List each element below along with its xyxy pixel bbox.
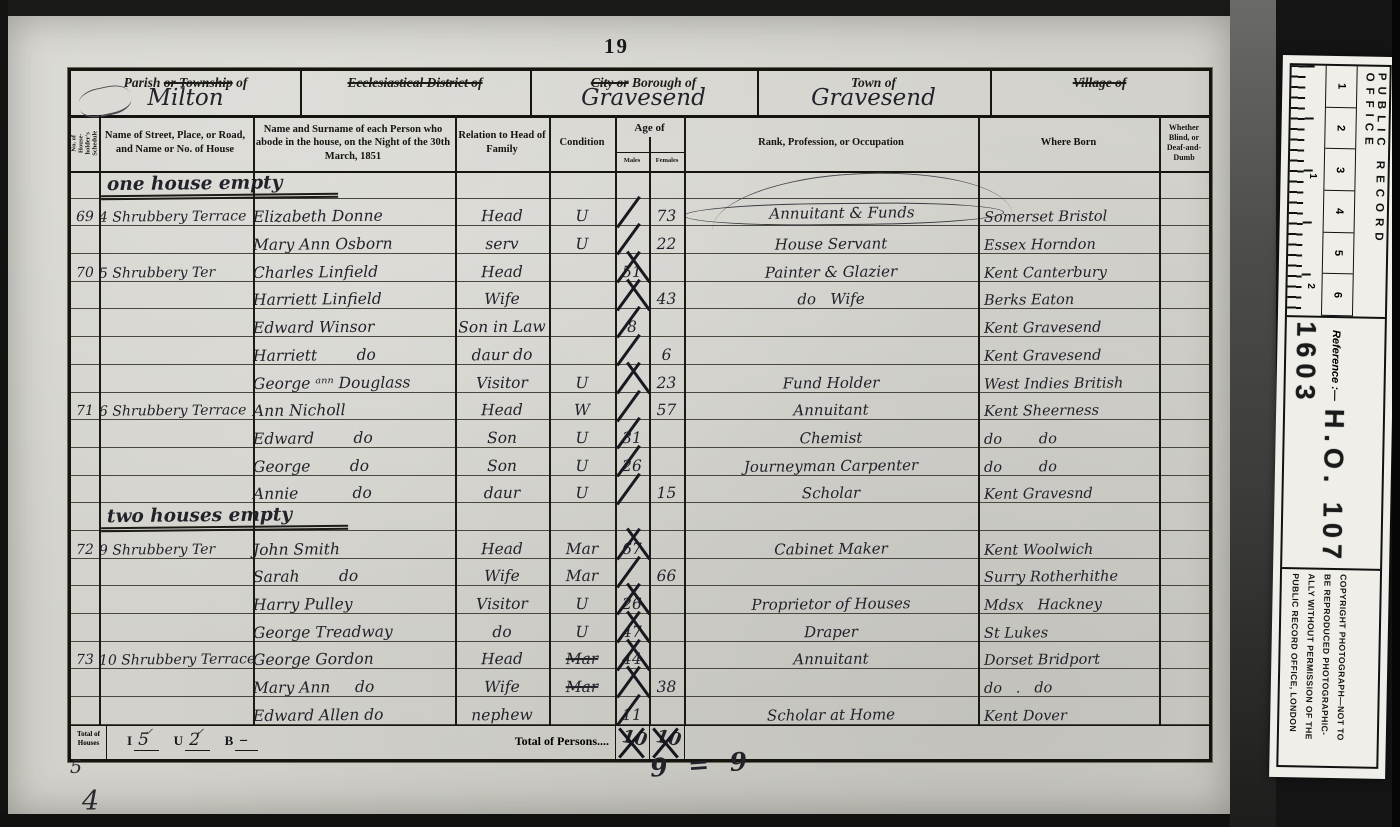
cell-age_f: 6 <box>649 346 684 364</box>
cell-age_f: 57 <box>649 401 684 419</box>
cell-condition: W <box>549 401 615 420</box>
grid-line <box>615 115 617 725</box>
cell-born: Kent Canterbury <box>978 264 1165 282</box>
cell-born: Mdsx Hackney <box>978 596 1165 614</box>
cell-born: Kent Gravesend <box>978 347 1165 365</box>
parish-value: Milton <box>71 85 300 111</box>
cell-name: George do <box>253 456 455 476</box>
cell-name: Mary Ann do <box>253 677 455 697</box>
ruler-cm-label: 1 <box>1326 66 1357 108</box>
cell-born: Kent Gravesend <box>978 319 1165 337</box>
cell-name: Harriett Linfield <box>253 289 455 309</box>
photo-edge-top <box>0 0 1230 16</box>
cell-born: do . do <box>978 679 1165 697</box>
cell-age_f: 73 <box>649 207 684 225</box>
reference-label: Reference :— <box>1329 322 1343 401</box>
photo-edge-bottom <box>0 814 1230 827</box>
cell-condition: Mar <box>549 650 615 669</box>
cell-occupation: Journeyman Carpenter <box>684 455 978 476</box>
census-page: 19 Parish or Township of Milton Ecclesia… <box>8 16 1230 814</box>
cell-street: 4 Shrubbery Terrace <box>99 209 251 227</box>
table-row: George TreadwaydoU47DraperSt Lukes <box>71 614 1209 642</box>
house-note: one house empty <box>101 171 339 199</box>
copyright-notice: COPYRIGHT PHOTOGRAPH—NOT TOBE REPRODUCED… <box>1283 573 1350 760</box>
page-number: 19 <box>604 34 629 59</box>
cell-relation: nephew <box>455 705 549 724</box>
table-row: Mary Ann OsbornservU22House ServantEssex… <box>71 226 1209 254</box>
table-row: 705 Shrubbery TerCharles LinfieldHead51P… <box>71 254 1209 282</box>
film-strip <box>1230 0 1276 827</box>
ruler-inch-label: 2 <box>1305 275 1316 297</box>
table-row: George doSonU26Journeyman Carpenterdo do <box>71 448 1209 476</box>
cell-occupation: Scholar <box>684 483 978 504</box>
ruler-cm-label: 6 <box>1322 274 1353 316</box>
cell-occupation: Painter & Glazier <box>684 261 978 282</box>
cell-relation: Visitor <box>455 373 549 392</box>
cell-name: Edward do <box>253 428 455 448</box>
cell-born: Kent Sheerness <box>978 402 1165 420</box>
cell-born: Kent Dover <box>978 707 1165 725</box>
corrected-total: 9 = 9 <box>649 746 754 782</box>
copyright-section: COPYRIGHT PHOTOGRAPH—NOT TOBE REPRODUCED… <box>1278 569 1380 767</box>
table-row: 694 Shrubbery TerraceElizabeth DonneHead… <box>71 199 1209 227</box>
cell-relation: serv <box>455 235 549 254</box>
cell-schedule: 71 <box>71 403 99 419</box>
grid-line <box>549 115 551 725</box>
cell-age_f: 22 <box>649 235 684 253</box>
table-row: 716 Shrubbery TerraceAnn NichollHeadW57A… <box>71 393 1209 421</box>
house-note: two houses empty <box>101 504 348 533</box>
table-row: Harry PulleyVisitorU26Proprietor of Hous… <box>71 586 1209 614</box>
cell-relation: Visitor <box>455 595 549 614</box>
col-street: Name of Street, Place, or Road, and Name… <box>99 115 251 171</box>
cell-name: George Gordon <box>253 649 455 669</box>
cell-street: 10 Shrubbery Terrace <box>99 652 251 670</box>
cell-age_f: 43 <box>649 290 684 308</box>
town-value: Gravesend <box>757 85 990 111</box>
cell-condition: U <box>549 484 615 503</box>
grid-line <box>455 115 457 725</box>
cell-condition: U <box>549 235 615 254</box>
cell-relation: Wife <box>455 567 549 586</box>
cell-name: Ann Nicholl <box>253 400 455 420</box>
margin-note-small: 5 <box>70 756 82 778</box>
cell-name: Harriett do <box>253 345 455 365</box>
cell-born: do do <box>978 458 1165 476</box>
cell-condition: U <box>549 429 615 448</box>
table-row: Annie dodaurU15ScholarKent Gravesnd <box>71 476 1209 504</box>
cell-relation: do <box>455 622 549 641</box>
cell-condition: U <box>549 373 615 392</box>
grid-line <box>978 115 980 725</box>
cell-occupation: Chemist <box>684 427 978 448</box>
col-relation: Relation to Head of Family <box>455 115 549 171</box>
cell-condition: U <box>549 595 615 614</box>
photo-edge-right <box>1392 0 1400 827</box>
col-age-males: Males <box>615 153 650 171</box>
cell-name: Edward Winsor <box>253 317 455 337</box>
table-row: Sarah doWifeMar66Surry Rotherhithe <box>71 559 1209 587</box>
ruler-cm-label: 4 <box>1324 191 1355 233</box>
margin-note-large: 4 <box>82 786 99 817</box>
cell-condition: Mar <box>549 567 615 586</box>
cell-born: St Lukes <box>978 624 1165 642</box>
cell-age_f: 66 <box>649 567 684 585</box>
cell-born: Dorset Bridport <box>978 651 1165 669</box>
cell-occupation: Annuitant <box>684 400 978 421</box>
header-ecclesiastical: Ecclesiastical District of <box>300 71 532 115</box>
cell-street: 5 Shrubbery Ter <box>99 264 251 282</box>
table-row: George ᵃⁿⁿ DouglassVisitorU23Fund Holder… <box>71 365 1209 393</box>
table-row: Harriett dodaur do6Kent Gravesend <box>71 337 1209 365</box>
ruler-inch-label: 1 <box>1307 165 1318 187</box>
cell-condition: U <box>549 207 615 226</box>
cell-name: Elizabeth Donne <box>253 206 455 226</box>
table-row: Edward doSonU31Chemistdo do <box>71 420 1209 448</box>
census-table: Parish or Township of Milton Ecclesiasti… <box>68 68 1212 762</box>
cell-age_f: 38 <box>649 678 684 696</box>
col-infirm: Whether Blind, or Deaf-and-Dumb <box>1159 115 1209 171</box>
cell-age_f: 23 <box>649 373 684 391</box>
cell-schedule: 69 <box>71 209 99 225</box>
cell-born: West Indies British <box>978 375 1165 393</box>
cell-born: Surry Rotherhithe <box>978 568 1165 586</box>
cell-occupation: Scholar at Home <box>684 704 978 725</box>
total-males-box: 10 <box>615 726 650 760</box>
table-body: one house empty694 Shrubbery TerraceEliz… <box>71 171 1209 725</box>
cell-name: John Smith <box>253 539 455 559</box>
cell-age_f: 15 <box>649 484 684 502</box>
grid-line <box>684 115 686 725</box>
borough-value: Gravesend <box>530 85 757 111</box>
house-note-row: one house empty <box>71 171 1209 199</box>
cell-condition: U <box>549 456 615 475</box>
header-parish: Parish or Township of Milton <box>71 71 302 115</box>
prc-reference-card: 12 123456 PUBLIC RECORD OFFICE Reference… <box>1269 55 1399 779</box>
ruler-cm-label: 5 <box>1323 232 1354 274</box>
header-village: Village of <box>990 71 1209 115</box>
grid-line <box>1159 115 1161 725</box>
col-condition: Condition <box>549 115 615 171</box>
tally-slash <box>616 472 640 504</box>
cell-relation: Head <box>455 262 549 281</box>
table-row: Harriett LinfieldWife43do WifeBerks Eato… <box>71 282 1209 310</box>
cell-relation: daur do <box>455 345 549 364</box>
cell-occupation: Proprietor of Houses <box>684 593 978 614</box>
cell-name: Mary Ann Osborn <box>253 234 455 254</box>
cell-occupation: do Wife <box>684 289 978 310</box>
cell-schedule: 70 <box>71 265 99 281</box>
cell-relation: Son <box>455 456 549 475</box>
grid-line <box>253 115 255 725</box>
col-schedule: No. of House-holder's Schedule <box>71 115 99 171</box>
ruler-cm-label: 3 <box>1324 149 1355 191</box>
table-row: Edward Allen donephew11Scholar at HomeKe… <box>71 697 1209 725</box>
cell-relation: Son in Law <box>455 318 549 337</box>
cell-name: Sarah do <box>253 566 455 586</box>
table-row: 7310 Shrubbery TerraceGeorge GordonHeadM… <box>71 642 1209 670</box>
cell-name: Charles Linfield <box>253 262 455 282</box>
cell-condition: Mar <box>549 678 615 697</box>
table-row: Mary Ann doWifeMar38do . do <box>71 669 1209 697</box>
house-note-row: two houses empty <box>71 503 1209 531</box>
cell-name: Harry Pulley <box>253 594 455 614</box>
cell-relation: Head <box>455 401 549 420</box>
col-name: Name and Surname of each Person who abod… <box>251 115 455 171</box>
header-town: Town of Gravesend <box>757 71 992 115</box>
column-header-band: No. of House-holder's Schedule Name of S… <box>71 115 1209 173</box>
cell-occupation: Cabinet Maker <box>684 538 978 559</box>
cell-occupation: Fund Holder <box>684 372 978 393</box>
cell-relation: daur <box>455 484 549 503</box>
cell-condition: Mar <box>549 539 615 558</box>
cell-relation: Wife <box>455 290 549 309</box>
cell-born: Essex Horndon <box>978 236 1165 254</box>
total-houses-label: Total of Houses <box>71 726 107 760</box>
microfilm-photo: 19 Parish or Township of Milton Ecclesia… <box>0 0 1400 827</box>
pro-office-label: PUBLIC RECORD OFFICE <box>1359 73 1388 313</box>
cell-relation: Head <box>455 207 549 226</box>
col-age-females: Females <box>650 153 684 171</box>
cell-street: 6 Shrubbery Terrace <box>99 402 251 420</box>
cell-relation: Head <box>455 650 549 669</box>
col-occupation: Rank, Profession, or Occupation <box>684 115 978 171</box>
cell-relation: Head <box>455 539 549 558</box>
total-persons-label: Total of Persons.... <box>515 734 609 749</box>
header-borough: City or Borough of Gravesend <box>530 71 759 115</box>
cell-name: Annie do <box>253 483 455 503</box>
cell-condition: U <box>549 622 615 641</box>
photo-edge-left <box>0 0 8 827</box>
cell-born: Berks Eaton <box>978 291 1165 309</box>
cell-name: George Treadway <box>253 622 455 642</box>
cell-occupation: Draper <box>684 621 978 642</box>
cell-name: Edward Allen do <box>253 705 455 725</box>
total-houses-values: I5✓ U2✓ B– <box>117 730 258 750</box>
cell-born: Kent Gravesnd <box>978 485 1165 503</box>
reference-section: Reference :— H.O. 107 1603 <box>1282 317 1385 571</box>
header-band: Parish or Township of Milton Ecclesiasti… <box>71 71 1209 118</box>
table-row: Edward WinsorSon in Law8Kent Gravesend <box>71 309 1209 337</box>
cell-born: do do <box>978 430 1165 448</box>
cell-name: George ᵃⁿⁿ Douglass <box>253 372 455 392</box>
totals-row: Total of Houses I5✓ U2✓ B– Total of Pers… <box>71 725 1209 760</box>
grid-line <box>99 115 101 725</box>
ruler-section: 12 123456 PUBLIC RECORD OFFICE <box>1287 65 1390 319</box>
cell-schedule: 73 <box>71 652 99 668</box>
table-row: 729 Shrubbery TerJohn SmithHeadMar67Cabi… <box>71 531 1209 559</box>
cell-street: 9 Shrubbery Ter <box>99 541 251 559</box>
cell-schedule: 72 <box>71 541 99 557</box>
grid-line <box>649 137 651 725</box>
cell-relation: Son <box>455 428 549 447</box>
ruler-cm-label: 2 <box>1325 107 1356 149</box>
col-born: Where Born <box>978 115 1159 171</box>
cell-occupation: Annuitant <box>684 649 978 670</box>
cell-born: Kent Woolwich <box>978 541 1165 559</box>
cell-relation: Wife <box>455 678 549 697</box>
